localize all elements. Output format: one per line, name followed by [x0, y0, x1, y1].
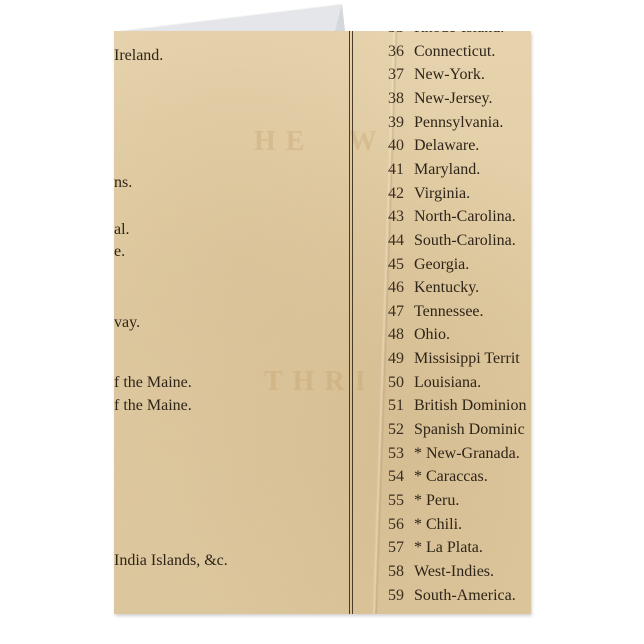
list-item: 43North-Carolina.: [388, 208, 516, 226]
left-column-line: Ireland.: [114, 47, 163, 65]
column-rule: [349, 31, 350, 614]
entry-number: 59: [388, 587, 414, 605]
list-item: 49Missisippi Territ: [388, 350, 520, 368]
list-item: 47Tennessee.: [388, 303, 484, 321]
left-column-line: vay.: [114, 314, 140, 332]
left-column-line: e.: [114, 243, 125, 261]
bleed-through-text: THRI: [264, 366, 376, 398]
column-rule: [352, 31, 353, 614]
entry-name: Ohio.: [414, 326, 450, 343]
list-item: 51British Dominion: [388, 397, 526, 415]
list-item: 46Kentucky.: [388, 279, 479, 297]
bleed-through-text: HE W: [254, 126, 386, 158]
list-item: 48Ohio.: [388, 326, 450, 344]
entry-name: * Caraccas.: [414, 468, 488, 485]
entry-name: Virginia.: [414, 185, 470, 202]
entry-number: 36: [388, 43, 414, 61]
entry-name: * Peru.: [414, 492, 459, 509]
entry-number: 44: [388, 232, 414, 250]
entry-number: 42: [388, 185, 414, 203]
entry-number: 38: [388, 90, 414, 108]
entry-name: Delaware.: [414, 137, 479, 154]
entry-name: Missisippi Territ: [414, 350, 520, 367]
entry-number: 46: [388, 279, 414, 297]
entry-name: Kentucky.: [414, 279, 479, 296]
list-item: 58West-Indies.: [388, 563, 494, 581]
entry-number: 56: [388, 516, 414, 534]
entry-name: * New-Granada.: [414, 445, 520, 462]
entry-number: 49: [388, 350, 414, 368]
entry-number: 57: [388, 539, 414, 557]
entry-name: New-York.: [414, 66, 485, 83]
entry-name: * La Plata.: [414, 539, 483, 556]
entry-name: New-Jersey.: [414, 90, 492, 107]
entry-number: 43: [388, 208, 414, 226]
entry-number: 41: [388, 161, 414, 179]
entry-number: 50: [388, 374, 414, 392]
entry-name: Spanish Dominic: [414, 421, 525, 438]
list-item: 59South-America.: [388, 587, 516, 605]
left-column-line: India Islands, &c.: [114, 552, 228, 570]
left-column-line: al.: [114, 221, 130, 239]
entry-name: North-Carolina.: [414, 208, 516, 225]
entry-name: Connecticut.: [414, 43, 495, 60]
entry-number: 45: [388, 256, 414, 274]
list-item: 57* La Plata.: [388, 539, 483, 557]
entry-number: 54: [388, 468, 414, 486]
entry-number: 58: [388, 563, 414, 581]
list-item: 40Delaware.: [388, 137, 479, 155]
list-item: 54* Caraccas.: [388, 468, 488, 486]
entry-name: South-America.: [414, 587, 516, 604]
list-item: 36Connecticut.: [388, 43, 495, 61]
entry-name: Georgia.: [414, 256, 469, 273]
list-item: 42Virginia.: [388, 185, 470, 203]
list-item: 45Georgia.: [388, 256, 469, 274]
entry-number: 37: [388, 66, 414, 84]
list-item: 50Louisiana.: [388, 374, 481, 392]
entry-name: Rhode-Island.: [414, 31, 504, 36]
list-item: 44South-Carolina.: [388, 232, 516, 250]
entry-name: Maryland.: [414, 161, 480, 178]
entry-number: 51: [388, 397, 414, 415]
left-column-line: f the Maine.: [114, 374, 192, 392]
list-item: 41Maryland.: [388, 161, 480, 179]
entry-name: Pennsylvania.: [414, 114, 503, 131]
list-item: 35Rhode-Island.: [388, 31, 504, 37]
entry-name: West-Indies.: [414, 563, 494, 580]
list-item: 37New-York.: [388, 66, 485, 84]
greeting-card-front: HE W THRI Ireland.ns.al.e.vay.f the Main…: [114, 31, 531, 614]
entry-number: 40: [388, 137, 414, 155]
list-item: 39Pennsylvania.: [388, 114, 503, 132]
entry-name: British Dominion: [414, 397, 526, 414]
left-column-line: ns.: [114, 174, 132, 192]
entry-number: 52: [388, 421, 414, 439]
entry-name: Louisiana.: [414, 374, 481, 391]
entry-number: 48: [388, 326, 414, 344]
left-column-line: f the Maine.: [114, 397, 192, 415]
entry-name: South-Carolina.: [414, 232, 516, 249]
entry-name: Tennessee.: [414, 303, 484, 320]
entry-number: 35: [388, 31, 414, 37]
entry-number: 47: [388, 303, 414, 321]
list-item: 53* New-Granada.: [388, 445, 520, 463]
list-item: 52Spanish Dominic: [388, 421, 525, 439]
list-item: 55* Peru.: [388, 492, 459, 510]
entry-number: 55: [388, 492, 414, 510]
list-item: 56* Chili.: [388, 516, 462, 534]
entry-name: * Chili.: [414, 516, 462, 533]
list-item: 38New-Jersey.: [388, 90, 492, 108]
entry-number: 53: [388, 445, 414, 463]
entry-number: 39: [388, 114, 414, 132]
